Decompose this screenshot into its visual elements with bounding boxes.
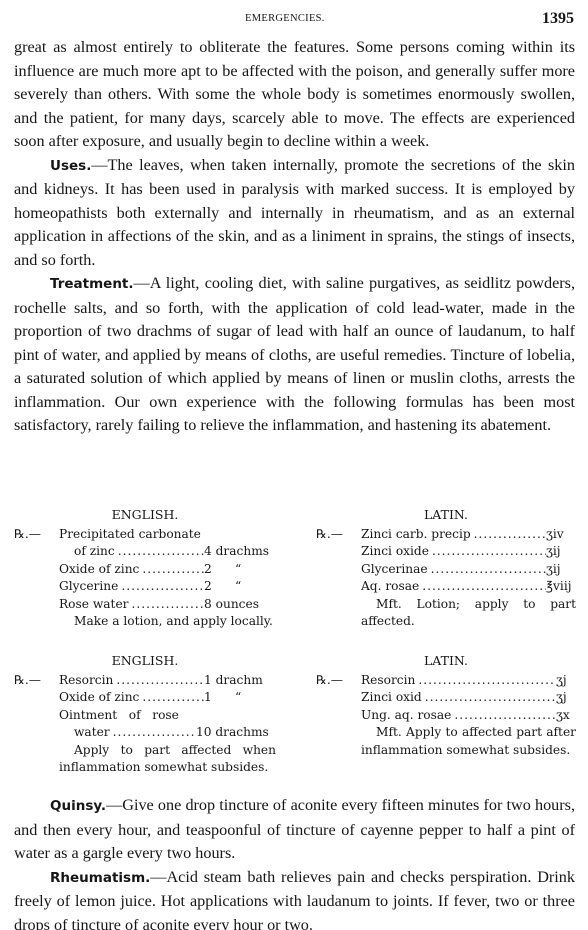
- prescription-row: Aq. rosae ..............................…: [316, 578, 576, 596]
- ingredient: Ung. aq. rosae: [361, 707, 451, 725]
- prescription-english-1: ENGLISH. ℞.— Precipitated carbonate of z…: [14, 506, 276, 631]
- ingredient: Zinci carb. precip: [361, 526, 471, 544]
- prescription-row: ℞.— Precipitated carbonate: [14, 526, 276, 544]
- prescription-row: Oxide of zinc ..........................…: [14, 561, 276, 579]
- leader-dots: ........................................…: [115, 543, 204, 561]
- treatment-text: —A light, cooling diet, with saline purg…: [14, 274, 575, 434]
- page-number: 1395: [542, 10, 574, 28]
- prescription-row: Zinci oxide ............................…: [316, 543, 576, 561]
- leader-dots: ........................................…: [113, 672, 204, 690]
- amount: 4 drachms: [204, 543, 276, 561]
- quinsy-heading: Quinsy.: [50, 798, 106, 814]
- ingredient: Aq. rosae: [361, 578, 419, 596]
- ingredient: Zinci oxid: [361, 689, 422, 707]
- prescription-title: ENGLISH.: [14, 652, 276, 670]
- prescription-note: Mft. Lotion; apply to part affected.: [316, 596, 576, 631]
- amount: ℥viij: [546, 578, 576, 596]
- amount: ʒiv: [546, 526, 576, 544]
- leader-dots: ........................................…: [129, 596, 205, 614]
- prescription-note: Apply to part affected when inflammation…: [14, 742, 276, 777]
- prescription-title: LATIN.: [316, 652, 576, 670]
- ingredient: Zinci oxide: [361, 543, 429, 561]
- prescription-row: water ..................................…: [14, 724, 276, 742]
- ingredient: water: [74, 724, 110, 742]
- prescription-row: of zinc ................................…: [14, 543, 276, 561]
- paragraph-treatment: Treatment.—A light, cooling diet, with s…: [14, 272, 575, 438]
- prescription-note: Make a lotion, and apply locally.: [14, 613, 276, 631]
- rx-symbol: ℞.—: [316, 672, 361, 690]
- ingredient: Rose water: [59, 596, 129, 614]
- prescription-title: ENGLISH.: [14, 506, 276, 524]
- amount: 8 ounces: [204, 596, 276, 614]
- prescription-title: LATIN.: [316, 506, 576, 524]
- amount: ʒj: [556, 689, 576, 707]
- ingredient: Oxide of zinc: [59, 561, 139, 579]
- rx-symbol: ℞.—: [14, 526, 59, 544]
- leader-dots: ........................................…: [415, 672, 556, 690]
- amount: ʒx: [556, 707, 576, 725]
- prescription-row: Ung. aq. rosae .........................…: [316, 707, 576, 725]
- prescription-row: Ointment of rose: [14, 707, 276, 725]
- ingredient: Precipitated carbonate: [59, 526, 201, 544]
- body-text-lower: Quinsy.—Give one drop tincture of aconit…: [14, 794, 575, 930]
- ingredient: Resorcin: [59, 672, 113, 690]
- leader-dots: ........................................…: [429, 543, 546, 561]
- prescription-row: Oxide of zinc ..........................…: [14, 689, 276, 707]
- running-head: EMERGENCIES.: [245, 13, 325, 24]
- ingredient: Glycerinae: [361, 561, 428, 579]
- amount: 10 drachms: [196, 724, 276, 742]
- prescription-row: ℞.— Zinci carb. precip .................…: [316, 526, 576, 544]
- ingredient: Glycerine: [59, 578, 118, 596]
- amount: 1 “: [204, 689, 276, 707]
- amount: 1 drachm: [204, 672, 276, 690]
- leader-dots: ........................................…: [139, 689, 204, 707]
- paragraph-continuation: great as almost entirely to obliterate t…: [14, 36, 575, 154]
- amount: 2 “: [204, 578, 276, 596]
- rx-symbol: ℞.—: [316, 526, 361, 544]
- amount: ʒj: [556, 672, 576, 690]
- leader-dots: ........................................…: [419, 578, 546, 596]
- prescription-row: Zinci oxid .............................…: [316, 689, 576, 707]
- amount: 2 “: [204, 561, 276, 579]
- prescription-row: Glycerinae .............................…: [316, 561, 576, 579]
- ingredient: Resorcin: [361, 672, 415, 690]
- leader-dots: ........................................…: [139, 561, 204, 579]
- uses-text: —The leaves, when taken internally, prom…: [14, 156, 575, 269]
- leader-dots: ........................................…: [422, 689, 556, 707]
- prescription-row: ℞.— Resorcin ...........................…: [316, 672, 576, 690]
- prescription-row: ℞.— Resorcin ...........................…: [14, 672, 276, 690]
- paragraph-rheumatism: Rheumatism.—Acid steam bath relieves pai…: [14, 866, 575, 930]
- rheumatism-heading: Rheumatism.: [50, 870, 150, 886]
- ingredient: Ointment of rose: [59, 707, 179, 725]
- prescription-row: Glycerine ..............................…: [14, 578, 276, 596]
- uses-heading: Uses.: [50, 158, 91, 174]
- leader-dots: ........................................…: [110, 724, 196, 742]
- leader-dots: ........................................…: [428, 561, 546, 579]
- treatment-heading: Treatment.: [50, 276, 134, 292]
- ingredient: of zinc: [74, 543, 115, 561]
- rx-symbol: ℞.—: [14, 672, 59, 690]
- prescription-note: Mft. Apply to affected part after inflam…: [316, 724, 576, 759]
- body-text: great as almost entirely to obliterate t…: [14, 36, 575, 438]
- leader-dots: ........................................…: [118, 578, 204, 596]
- prescription-latin-1: LATIN. ℞.— Zinci carb. precip ..........…: [316, 506, 576, 631]
- leader-dots: ........................................…: [471, 526, 546, 544]
- amount: ʒij: [546, 543, 576, 561]
- page-header: EMERGENCIES. 1395: [0, 10, 588, 30]
- paragraph-quinsy: Quinsy.—Give one drop tincture of aconit…: [14, 794, 575, 866]
- paragraph-uses: Uses.—The leaves, when taken internally,…: [14, 154, 575, 273]
- leader-dots: ........................................…: [451, 707, 556, 725]
- amount: ʒij: [546, 561, 576, 579]
- prescription-english-2: ENGLISH. ℞.— Resorcin ..................…: [14, 652, 276, 777]
- prescription-latin-2: LATIN. ℞.— Resorcin ....................…: [316, 652, 576, 759]
- ingredient: Oxide of zinc: [59, 689, 139, 707]
- prescription-row: Rose water .............................…: [14, 596, 276, 614]
